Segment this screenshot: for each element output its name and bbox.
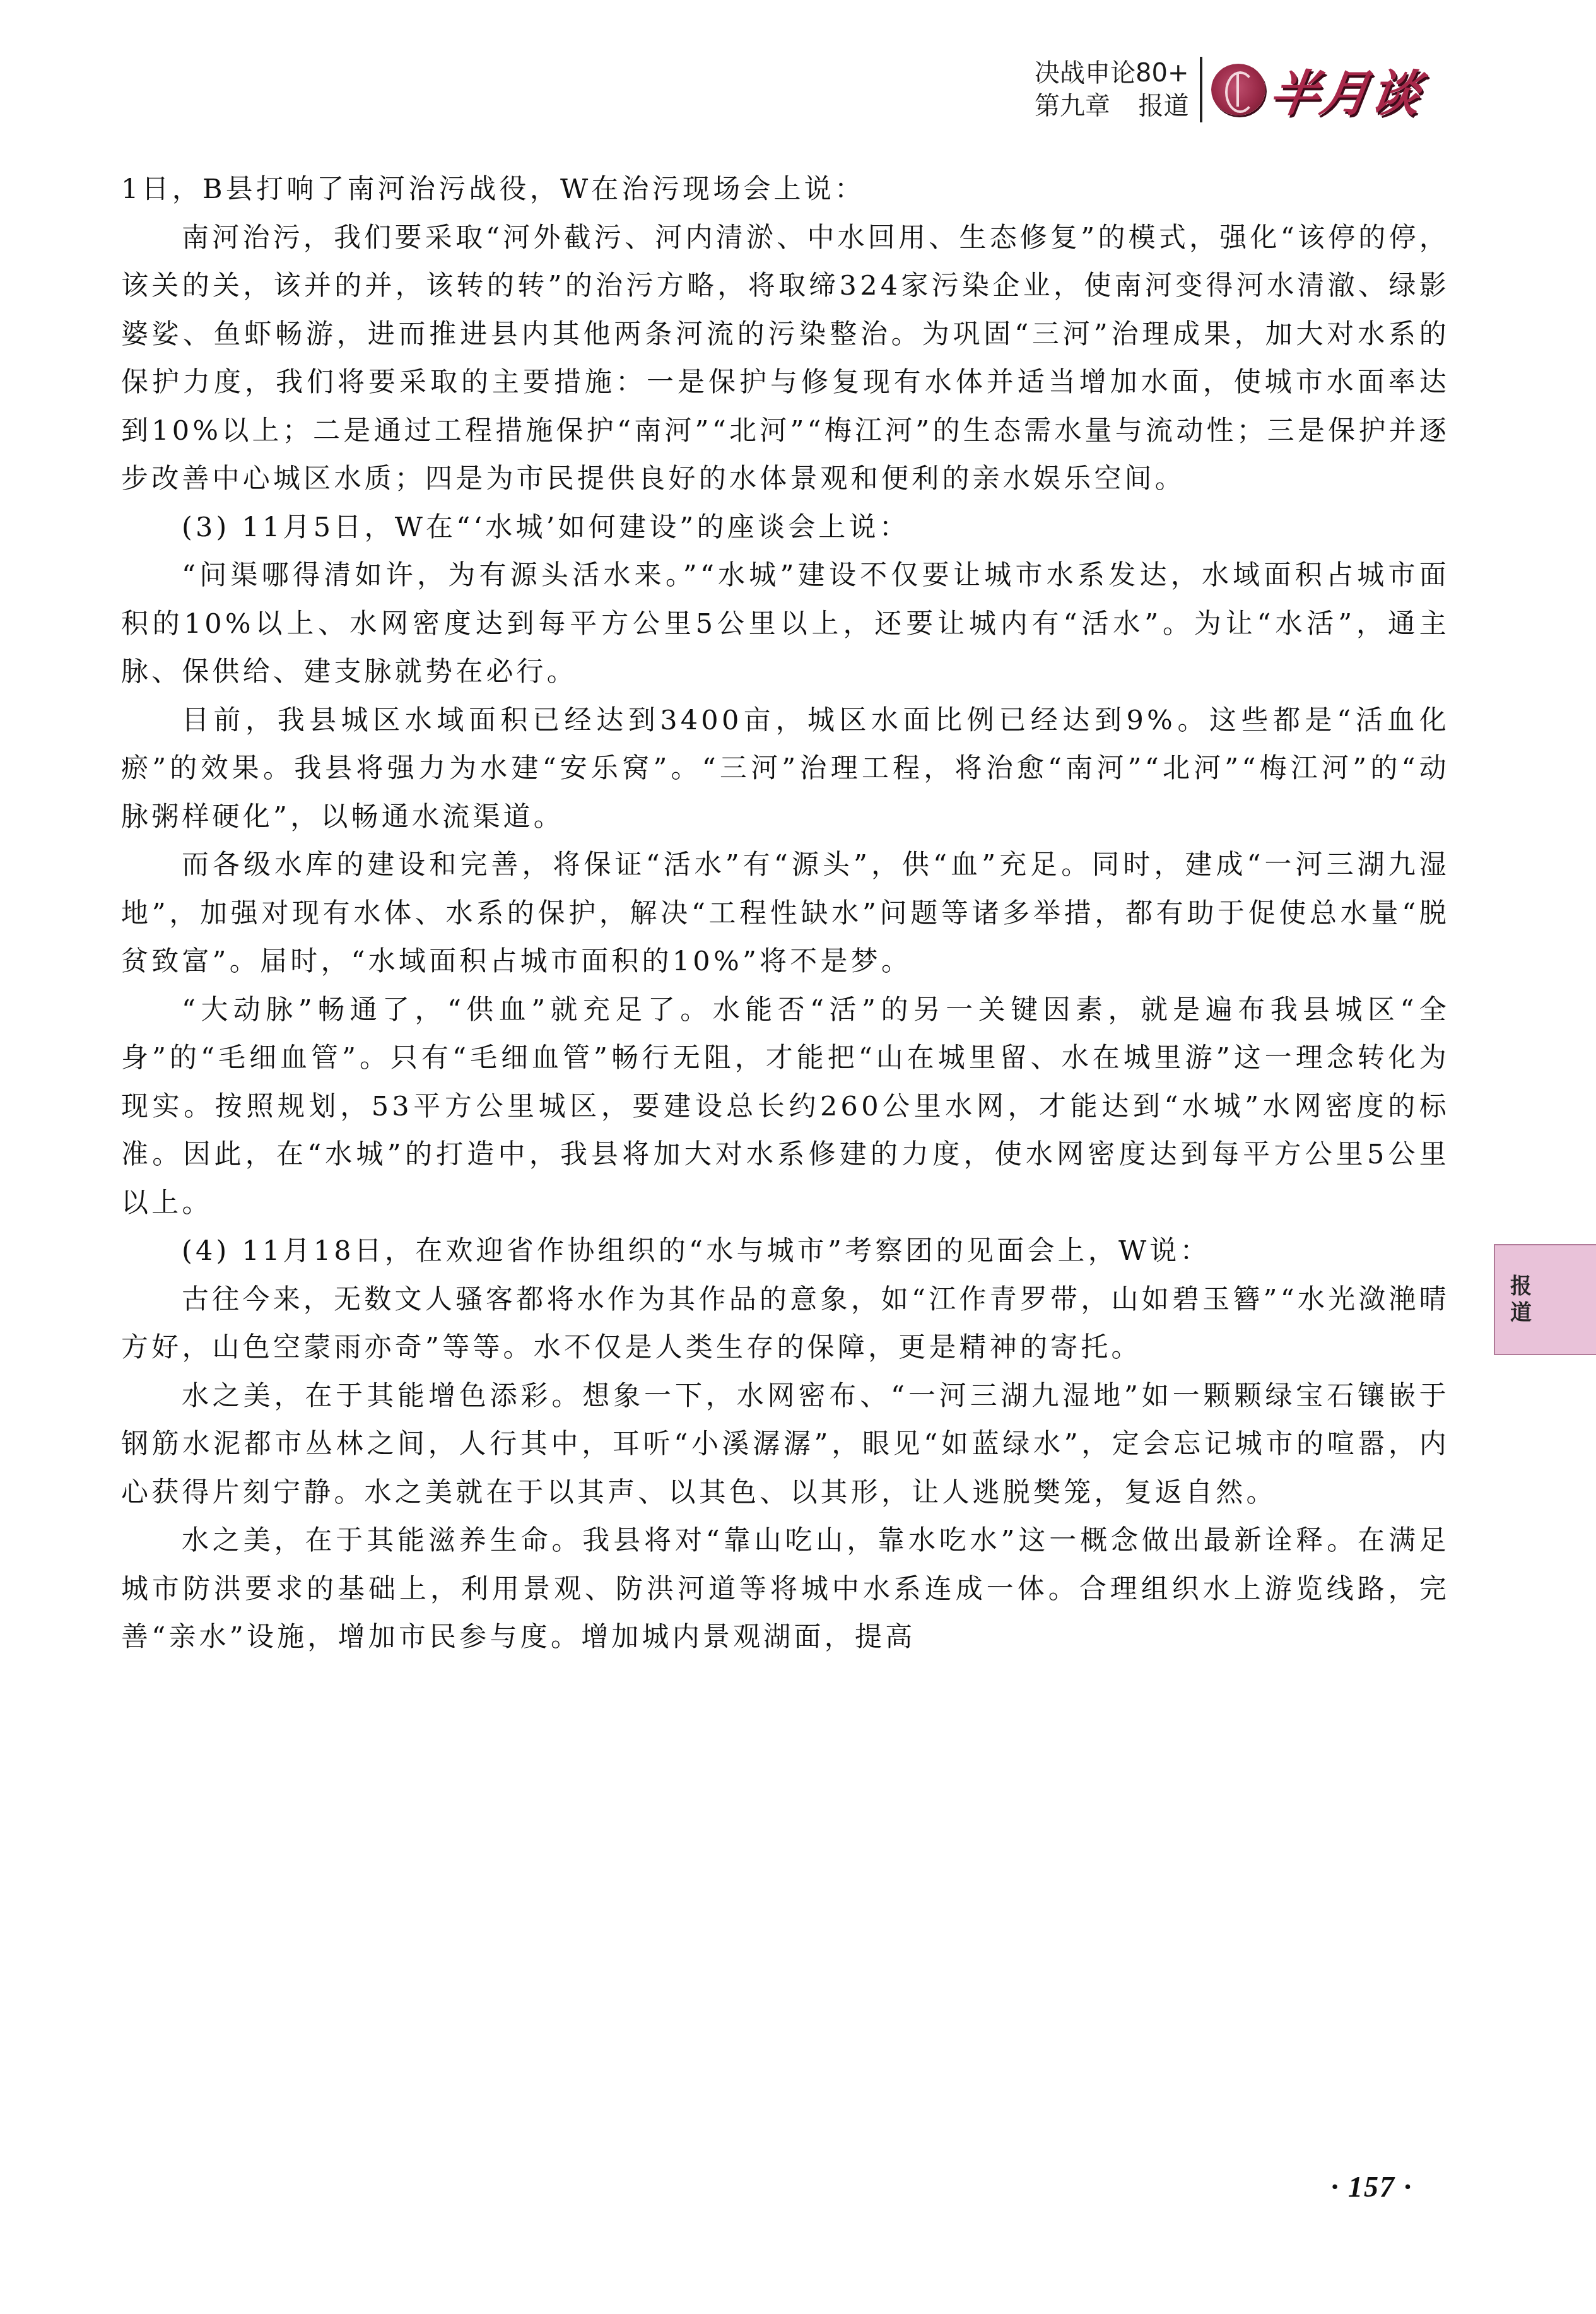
side-tab-label-line2: 道	[1510, 1300, 1596, 1326]
paragraph: “大动脉”畅通了，“供血”就充足了。水能否“活”的另一关键因素，就是遍布我县城区…	[121, 986, 1450, 1228]
header-divider	[1200, 57, 1202, 122]
header-text: 决战申论80+ 第九章 报道	[1035, 57, 1188, 122]
chapter-name: 报道	[1138, 90, 1188, 122]
paragraph: 南河治污，我们要采取“河外截污、河内清淤、中水回用、生态修复”的模式，强化“该停…	[121, 214, 1450, 503]
paragraph: 目前，我县城区水域面积已经达到3400亩，城区水面比例已经达到9%。这些都是“活…	[121, 696, 1450, 842]
chapter-number: 第九章	[1035, 90, 1110, 122]
paragraph: 古往今来，无数文人骚客都将水作为其作品的意象，如“江作青罗带，山如碧玉簪”“水光…	[121, 1276, 1450, 1372]
page-number: · 157 ·	[1331, 2170, 1412, 2204]
section-heading: (4) 11月18日，在欢迎省作协组织的“水与城市”考察团的见面会上，W说：	[121, 1227, 1450, 1276]
chapter-heading: 第九章 报道	[1035, 90, 1188, 122]
side-tab-label-line1: 报	[1510, 1273, 1596, 1300]
running-header: 决战申论80+ 第九章 报道 半月谈	[1035, 52, 1422, 127]
section-heading: (3) 11月5日，W在“‘水城’如何建设”的座谈会上说：	[121, 503, 1450, 552]
book-title: 决战申论80+	[1035, 57, 1188, 90]
paragraph: “问渠哪得清如许，为有源头活水来。”“水城”建设不仅要让城市水系发达，水域面积占…	[121, 551, 1450, 696]
brand-emblem-icon	[1211, 64, 1265, 115]
page-body: 1日，B县打响了南河治污战役，W在治污现场会上说： 南河治污，我们要采取“河外截…	[121, 165, 1450, 1662]
chapter-side-tab: 报 道	[1494, 1244, 1596, 1355]
paragraph: 水之美，在于其能滋养生命。我县将对“靠山吃山，靠水吃水”这一概念做出最新诠释。在…	[121, 1517, 1450, 1662]
paragraph: 水之美，在于其能增色添彩。想象一下，水网密布、“一河三湖九湿地”如一颗颗绿宝石镶…	[121, 1372, 1450, 1517]
brand-logo: 半月谈	[1211, 54, 1422, 125]
paragraph: 而各级水库的建设和完善，将保证“活水”有“源头”，供“血”充足。同时，建成“一河…	[121, 841, 1450, 986]
paragraph: 1日，B县打响了南河治污战役，W在治污现场会上说：	[121, 165, 1450, 214]
brand-name: 半月谈	[1266, 54, 1428, 125]
